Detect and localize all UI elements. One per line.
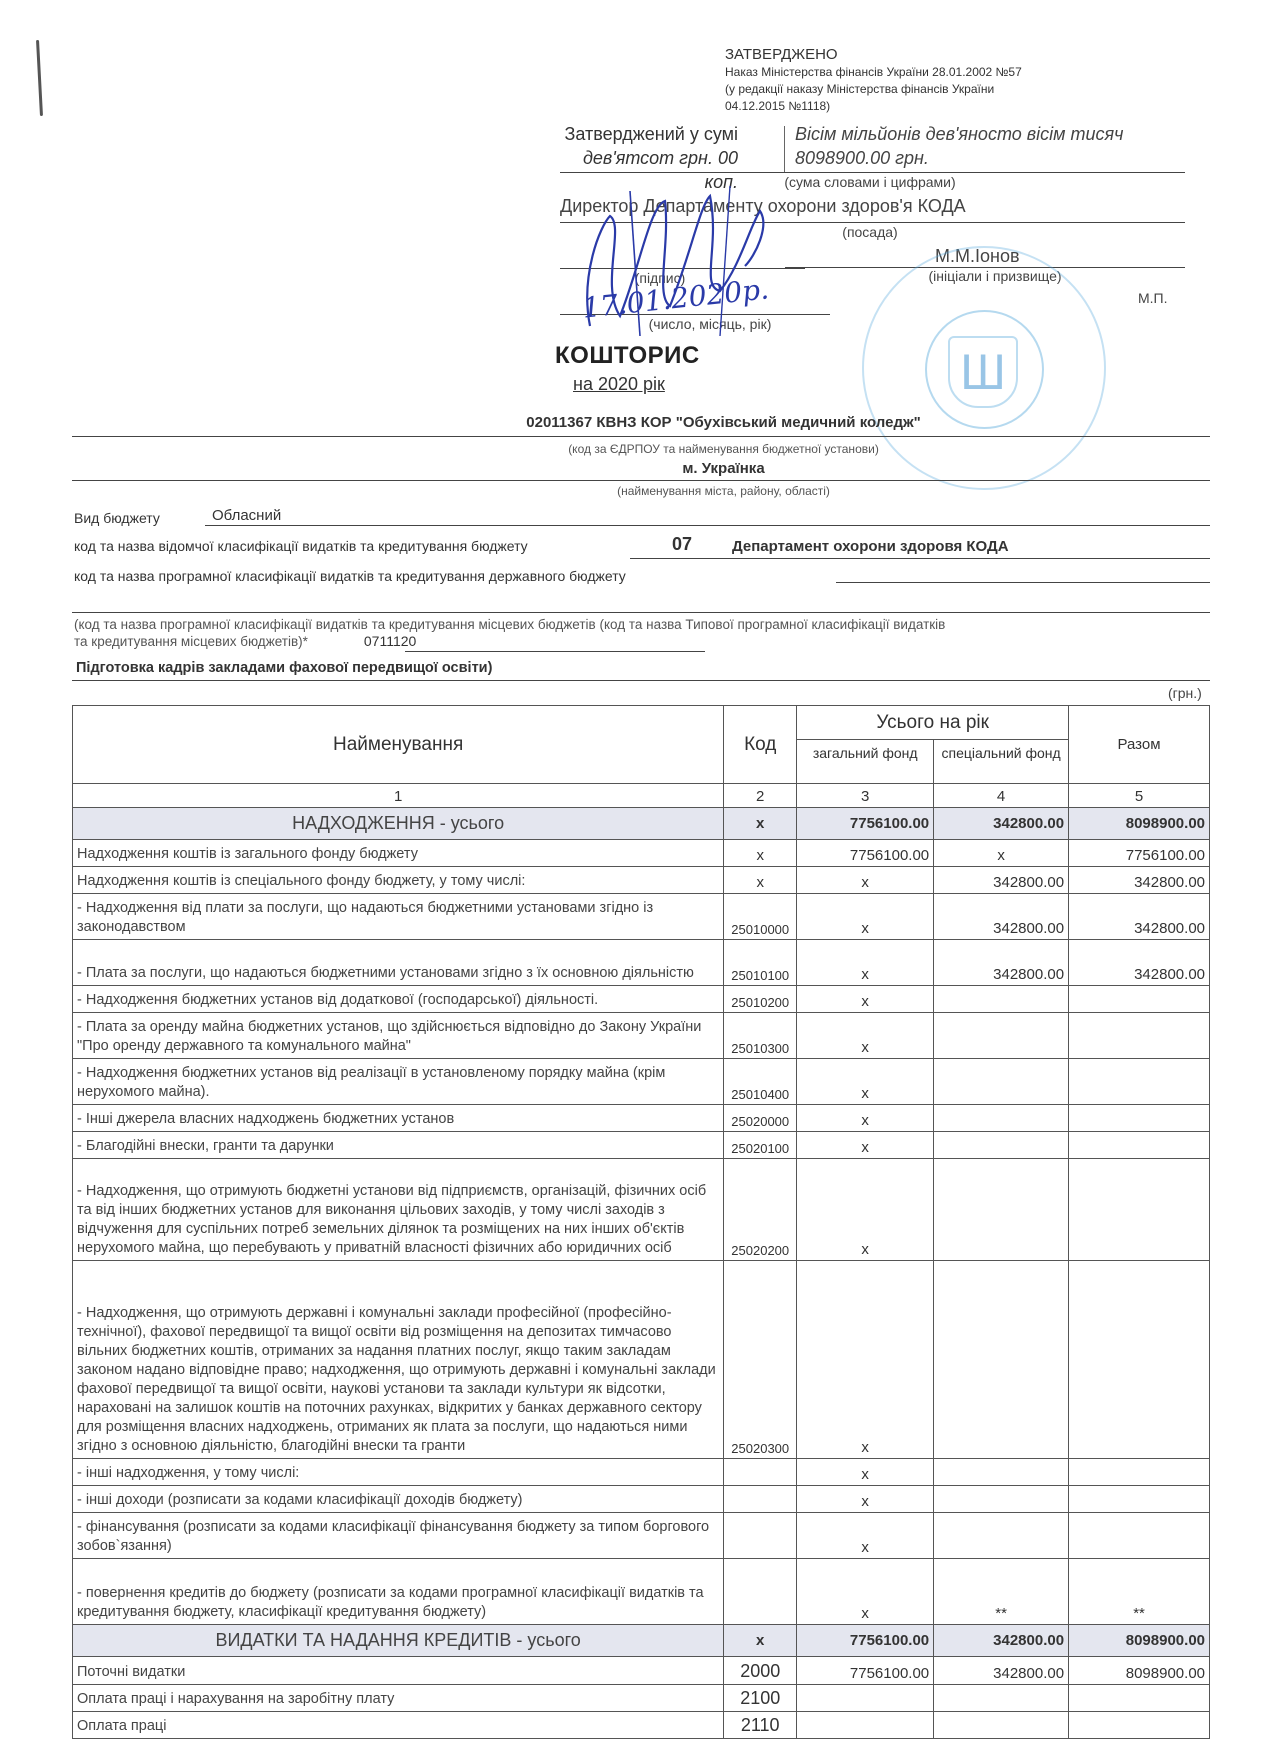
row-code: 25010100 xyxy=(724,940,797,986)
row-name: НАДХОДЖЕННЯ - усього xyxy=(73,808,724,840)
row-code xyxy=(724,1459,797,1486)
row-code: 2000 xyxy=(724,1657,797,1685)
local-program-code: 0711120 xyxy=(364,633,416,650)
row-total: 342800.00 xyxy=(1069,867,1210,894)
row-special: ** xyxy=(934,1559,1069,1625)
row-name: Оплата праці xyxy=(73,1712,724,1739)
row-name: - Плата за оренду майна бюджетних устано… xyxy=(73,1013,724,1059)
trident-emblem-icon: Ш xyxy=(948,336,1018,408)
table-row: - інші надходження, у тому числі: x xyxy=(73,1459,1210,1486)
approved-label: ЗАТВЕРДЖЕНО xyxy=(725,46,1022,64)
program-name-underline xyxy=(72,680,1210,681)
row-general: x xyxy=(797,1159,934,1261)
row-code xyxy=(724,1486,797,1513)
row-name: Оплата праці і нарахування на заробітну … xyxy=(73,1685,724,1712)
row-name: - інші надходження, у тому числі: xyxy=(73,1459,724,1486)
row-general xyxy=(797,1712,934,1739)
document-title: КОШТОРИС xyxy=(555,342,700,370)
row-total: 342800.00 xyxy=(1069,940,1210,986)
row-total xyxy=(1069,1513,1210,1559)
dept-class-code: 07 xyxy=(672,534,692,555)
table-row-income-total: НАДХОДЖЕННЯ - усього x 7756100.00 342800… xyxy=(73,808,1210,840)
sum-underline xyxy=(560,172,1185,173)
margin-pen-mark xyxy=(36,40,43,116)
row-special: 342800.00 xyxy=(934,1657,1069,1685)
row-name: Надходження коштів із спеціального фонду… xyxy=(73,867,724,894)
row-name: - Надходження бюджетних установ від дода… xyxy=(73,986,724,1013)
row-general: x xyxy=(797,1059,934,1105)
col-number-5: 5 xyxy=(1069,784,1210,808)
budget-estimate-table: Найменування Код Усього на рік Разом заг… xyxy=(72,705,1210,1739)
row-special xyxy=(934,1132,1069,1159)
table-row: - повернення кредитів до бюджету (розпис… xyxy=(73,1559,1210,1625)
header-general-fund: загальний фонд xyxy=(797,740,934,784)
row-name: - Плата за послуги, що надаються бюджетн… xyxy=(73,940,724,986)
table-row: Надходження коштів із загального фонду б… xyxy=(73,840,1210,867)
row-code: 25020300 xyxy=(724,1261,797,1459)
row-name: - фінансування (розписати за кодами клас… xyxy=(73,1513,724,1559)
header-name: Найменування xyxy=(73,706,724,784)
row-special xyxy=(934,1105,1069,1132)
table-row: Оплата праці і нарахування на заробітну … xyxy=(73,1685,1210,1712)
state-program-label: код та назва програмної класифікації вид… xyxy=(74,568,626,584)
seal-label: М.П. xyxy=(1138,290,1168,306)
row-code: 25020000 xyxy=(724,1105,797,1132)
table-row: - інші доходи (розписати за кодами класи… xyxy=(73,1486,1210,1513)
row-special: 342800.00 xyxy=(934,808,1069,840)
col-number-4: 4 xyxy=(934,784,1069,808)
position-caption: (посада) xyxy=(820,224,920,240)
dept-class-underline xyxy=(630,558,1210,559)
dept-class-name: Департамент охорони здоровя КОДА xyxy=(732,538,1009,555)
row-general: 7756100.00 xyxy=(797,840,934,867)
row-general: x xyxy=(797,1459,934,1486)
header-code: Код xyxy=(724,706,797,784)
row-general: x xyxy=(797,1132,934,1159)
order-line-1: Наказ Міністерства фінансів України 28.0… xyxy=(725,64,1022,81)
row-code: 25010000 xyxy=(724,894,797,940)
row-name: - Надходження, що отримують бюджетні уст… xyxy=(73,1159,724,1261)
col-number-1: 1 xyxy=(73,784,724,808)
table-row: - Плата за послуги, що надаються бюджетн… xyxy=(73,940,1210,986)
currency-label: (грн.) xyxy=(1168,685,1202,701)
row-special: 342800.00 xyxy=(934,940,1069,986)
separator-line xyxy=(72,612,1210,613)
row-total xyxy=(1069,1105,1210,1132)
program-name: Підготовка кадрів закладами фахової пере… xyxy=(76,660,492,676)
order-line-3: 04.12.2015 №1118) xyxy=(725,98,1022,115)
row-code: 25020100 xyxy=(724,1132,797,1159)
city-caption: (найменування міста, району, області) xyxy=(0,484,1287,498)
header-total-year: Усього на рік xyxy=(797,706,1069,740)
row-special: 342800.00 xyxy=(934,1625,1069,1657)
row-general: x xyxy=(797,894,934,940)
row-name: - повернення кредитів до бюджету (розпис… xyxy=(73,1559,724,1625)
local-program-label-line-1: (код та назва програмної класифікації ви… xyxy=(74,616,1212,633)
budget-type-value: Обласний xyxy=(212,507,281,524)
row-general: x xyxy=(797,1559,934,1625)
table-row: - Надходження, що отримують державні і к… xyxy=(73,1261,1210,1459)
local-program-label-line-2-text: та кредитування місцевих бюджетів)* xyxy=(74,634,308,649)
row-code xyxy=(724,1513,797,1559)
row-total xyxy=(1069,1486,1210,1513)
row-special xyxy=(934,1513,1069,1559)
row-general: 7756100.00 xyxy=(797,1625,934,1657)
local-program-label: (код та назва програмної класифікації ви… xyxy=(74,616,1212,650)
row-special xyxy=(934,986,1069,1013)
row-name: - інші доходи (розписати за кодами класи… xyxy=(73,1486,724,1513)
row-code: 25010200 xyxy=(724,986,797,1013)
budget-type-underline xyxy=(205,525,1210,526)
signature-icon xyxy=(570,186,810,336)
budget-type-label: Вид бюджету xyxy=(74,510,160,526)
row-general xyxy=(797,1685,934,1712)
table-row: - Надходження, що отримують бюджетні уст… xyxy=(73,1159,1210,1261)
row-code: x xyxy=(724,840,797,867)
institution-name: 02011367 КВНЗ КОР "Обухівський медичний … xyxy=(0,414,1287,431)
row-total xyxy=(1069,1685,1210,1712)
row-special xyxy=(934,1486,1069,1513)
row-code: 2110 xyxy=(724,1712,797,1739)
row-special: x xyxy=(934,840,1069,867)
row-general: x xyxy=(797,986,934,1013)
table-row: - Надходження бюджетних установ від дода… xyxy=(73,986,1210,1013)
table-row: Надходження коштів із спеціального фонду… xyxy=(73,867,1210,894)
row-total: 8098900.00 xyxy=(1069,1657,1210,1685)
row-special: 342800.00 xyxy=(934,894,1069,940)
row-total xyxy=(1069,1712,1210,1739)
row-total xyxy=(1069,1459,1210,1486)
row-name: Надходження коштів із загального фонду б… xyxy=(73,840,724,867)
row-code: 25010400 xyxy=(724,1059,797,1105)
row-name: - Надходження бюджетних установ від реал… xyxy=(73,1059,724,1105)
row-general: x xyxy=(797,1013,934,1059)
city-name: м. Українка xyxy=(0,460,1287,477)
sum-in-words: Вісім мільйонів дев'яносто вісім тисяч xyxy=(795,122,1195,146)
row-code: x xyxy=(724,867,797,894)
row-general: x xyxy=(797,1513,934,1559)
table-row-expenses-total: ВИДАТКИ ТА НАДАННЯ КРЕДИТІВ - усього x 7… xyxy=(73,1625,1210,1657)
institution-caption: (код за ЄДРПОУ та найменування бюджетної… xyxy=(0,442,1287,456)
row-name: - Надходження від плати за послуги, що н… xyxy=(73,894,724,940)
row-name: ВИДАТКИ ТА НАДАННЯ КРЕДИТІВ - усього xyxy=(73,1625,724,1657)
table-row: - фінансування (розписати за кодами клас… xyxy=(73,1513,1210,1559)
row-general: 7756100.00 xyxy=(797,808,934,840)
row-code: 25020200 xyxy=(724,1159,797,1261)
table-row: - Інші джерела власних надходжень бюджет… xyxy=(73,1105,1210,1132)
row-general: x xyxy=(797,940,934,986)
table-row: - Благодійні внески, гранти та дарунки 2… xyxy=(73,1132,1210,1159)
row-total xyxy=(1069,986,1210,1013)
table-row: - Надходження бюджетних установ від реал… xyxy=(73,1059,1210,1105)
row-general: 7756100.00 xyxy=(797,1657,934,1685)
institution-underline xyxy=(72,436,1210,437)
order-line-2: (у редакції наказу Міністерства фінансів… xyxy=(725,81,1022,98)
row-special xyxy=(934,1459,1069,1486)
row-total xyxy=(1069,1159,1210,1261)
col-number-2: 2 xyxy=(724,784,797,808)
row-special xyxy=(934,1059,1069,1105)
row-general: x xyxy=(797,1486,934,1513)
row-code: 2100 xyxy=(724,1685,797,1712)
row-name: - Інші джерела власних надходжень бюджет… xyxy=(73,1105,724,1132)
row-general: x xyxy=(797,1261,934,1459)
local-program-label-line-2: та кредитування місцевих бюджетів)*07111… xyxy=(74,633,1212,650)
row-special xyxy=(934,1261,1069,1459)
approval-block: ЗАТВЕРДЖЕНО Наказ Міністерства фінансів … xyxy=(725,46,1022,115)
header-special-fund: спеціальний фонд xyxy=(934,740,1069,784)
row-total: 342800.00 xyxy=(1069,894,1210,940)
state-program-underline xyxy=(836,582,1210,583)
table-row: - Плата за оренду майна бюджетних устано… xyxy=(73,1013,1210,1059)
row-total xyxy=(1069,1013,1210,1059)
row-total: 8098900.00 xyxy=(1069,808,1210,840)
table-row: Поточні видатки 2000 7756100.00 342800.0… xyxy=(73,1657,1210,1685)
sum-divider xyxy=(784,126,785,172)
dept-class-label: код та назва відомчої класифікації видат… xyxy=(74,538,528,554)
local-program-code-underline xyxy=(405,651,705,652)
row-name: - Благодійні внески, гранти та дарунки xyxy=(73,1132,724,1159)
row-total xyxy=(1069,1059,1210,1105)
table-row: Оплата праці 2110 xyxy=(73,1712,1210,1739)
row-special xyxy=(934,1159,1069,1261)
row-name: - Надходження, що отримують державні і к… xyxy=(73,1261,724,1459)
table-row: - Надходження від плати за послуги, що н… xyxy=(73,894,1210,940)
row-name: Поточні видатки xyxy=(73,1657,724,1685)
row-code: x xyxy=(724,1625,797,1657)
row-code xyxy=(724,1559,797,1625)
city-underline xyxy=(72,480,1210,481)
row-total xyxy=(1069,1132,1210,1159)
row-general: x xyxy=(797,1105,934,1132)
sum-in-digits: 8098900.00 грн. xyxy=(795,146,1195,170)
row-code: x xyxy=(724,808,797,840)
document-year: на 2020 рік xyxy=(573,374,665,395)
row-special xyxy=(934,1685,1069,1712)
row-special: 342800.00 xyxy=(934,867,1069,894)
row-total xyxy=(1069,1261,1210,1459)
col-number-3: 3 xyxy=(797,784,934,808)
row-special xyxy=(934,1013,1069,1059)
row-total: 8098900.00 xyxy=(1069,1625,1210,1657)
header-total: Разом xyxy=(1069,706,1210,784)
row-total: 7756100.00 xyxy=(1069,840,1210,867)
row-general: x xyxy=(797,867,934,894)
row-special xyxy=(934,1712,1069,1739)
approved-sum-label: Затверджений у сумі xyxy=(560,122,738,146)
row-total: ** xyxy=(1069,1559,1210,1625)
row-code: 25010300 xyxy=(724,1013,797,1059)
